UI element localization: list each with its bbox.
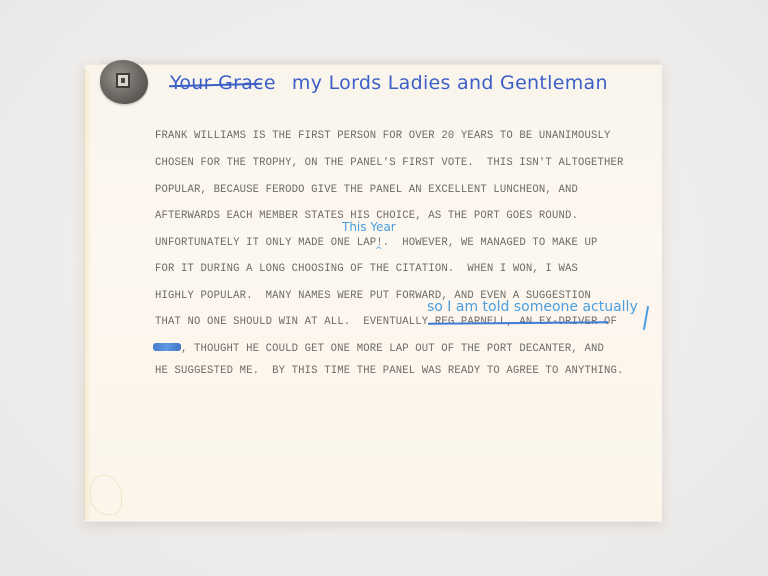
struck-word-mine <box>153 343 181 351</box>
typed-line-3: POPULAR, BECAUSE FERODO GIVE THE PANEL A… <box>155 184 578 196</box>
coin-paperweight-icon <box>100 60 148 104</box>
insert-caret-icon: ^ <box>375 246 383 256</box>
paper-top-shadow <box>100 56 660 64</box>
annotation-this-year: This Year <box>342 220 396 234</box>
handwritten-salutation: Your Gracemy Lords Ladies and Gentleman <box>170 72 608 94</box>
struck-salutation: Your Grace <box>170 72 276 94</box>
typed-line-8-plain: THAT NO ONE SHOULD WIN AT ALL. EVENTUALL… <box>155 316 435 328</box>
paper-left-edge <box>84 70 91 520</box>
typed-line-2: CHOSEN FOR THE TROPHY, ON THE PANEL'S FI… <box>155 157 624 169</box>
typed-line-9: , THOUGHT HE COULD GET ONE MORE LAP OUT … <box>181 343 604 355</box>
salutation-text: my Lords Ladies and Gentleman <box>292 72 608 94</box>
typed-line-10: HE SUGGESTED ME. BY THIS TIME THE PANEL … <box>155 365 624 377</box>
typed-line-6: FOR IT DURING A LONG CHOOSING OF THE CIT… <box>155 263 578 275</box>
paper-stain <box>90 475 122 515</box>
annotation-someone-actually: so I am told someone actually <box>427 299 638 315</box>
typed-line-1: FRANK WILLIAMS IS THE FIRST PERSON FOR O… <box>155 130 611 142</box>
